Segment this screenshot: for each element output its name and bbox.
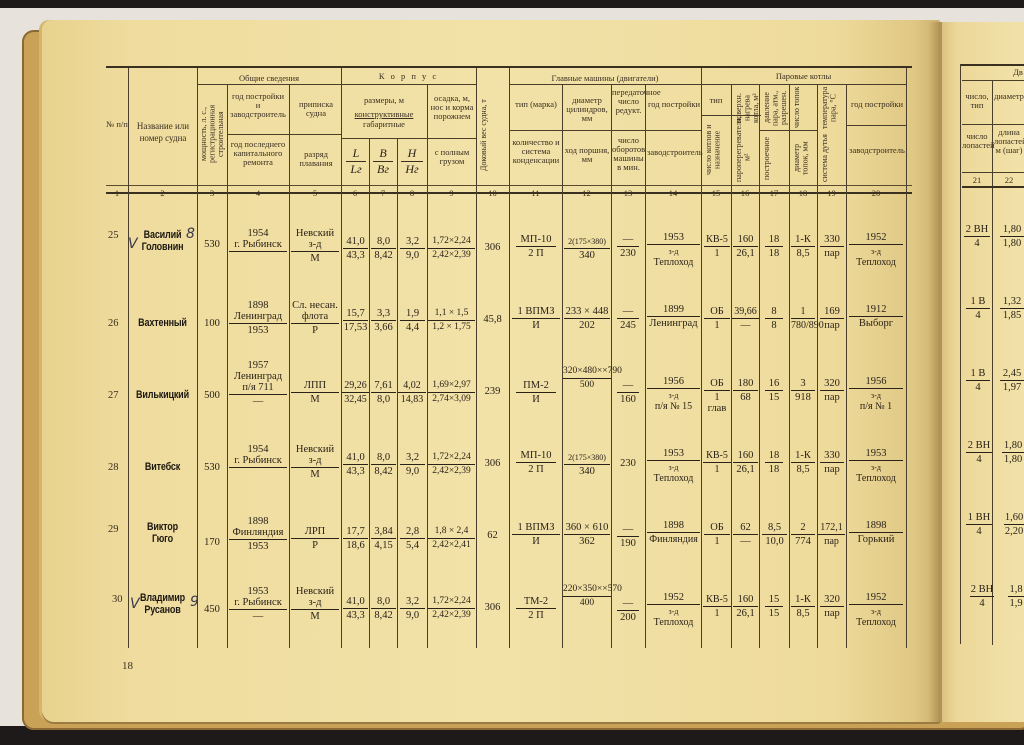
grid-line xyxy=(227,84,228,648)
col11-header-bottom: количество и система конденсации xyxy=(511,138,561,165)
col-number: 21 xyxy=(962,175,992,185)
grid-line xyxy=(369,138,370,648)
cylinder: 2(175×380)340 xyxy=(564,236,610,261)
pressure: 1615 xyxy=(765,378,783,403)
height: 3,29,0 xyxy=(400,452,425,477)
boiler-year: 1898Горький xyxy=(849,520,903,545)
propeller-type: 1 В4 xyxy=(966,296,990,321)
grid-line xyxy=(341,138,476,139)
dims-header: размеры, м xyxy=(341,96,427,105)
col-number: 20 xyxy=(846,188,906,198)
steam-temp: 330пар xyxy=(820,234,844,259)
right-grid-line xyxy=(962,172,1024,173)
rpm: 230 xyxy=(611,458,645,469)
pencil-annotation: 8 xyxy=(186,226,195,242)
row-number: 30 xyxy=(112,594,123,605)
length: 17,718,6 xyxy=(343,526,368,551)
draft: 1,72×2,242,42×2,39 xyxy=(428,596,475,621)
propeller-diameter: 1,602,20 xyxy=(1004,512,1024,537)
port-cell: ЛППМ xyxy=(291,380,339,405)
furnaces: 2774 xyxy=(791,522,815,547)
header-group-engines: Главные машины (двигатели) xyxy=(509,74,701,83)
height: 4,0214,83 xyxy=(398,380,426,405)
col-number: 18 xyxy=(789,188,817,198)
book-gutter xyxy=(928,22,942,722)
heat-surface: 16026,1 xyxy=(733,450,758,475)
furnaces: 1780/890 xyxy=(791,306,815,331)
propeller-type: 1 В4 xyxy=(966,368,990,393)
row-number: 27 xyxy=(108,390,119,401)
power: 450 xyxy=(197,604,227,615)
col-number: 3 xyxy=(197,188,227,198)
port-cell: Невскийз-дМ xyxy=(291,444,339,480)
row-number: 28 xyxy=(108,462,119,473)
grid-line xyxy=(289,84,290,648)
cylinder: 320×480××790500 xyxy=(563,366,611,391)
grid-line xyxy=(731,84,732,648)
dock-weight: 45,8 xyxy=(476,314,509,325)
col10-header: Доковый вес судна, т xyxy=(480,90,506,180)
engine-type: МП-102 П xyxy=(516,234,556,259)
boiler-type: ОБ1 xyxy=(704,306,730,331)
pressure: 1818 xyxy=(765,450,783,475)
col12-header-bottom: ход поршня, мм xyxy=(564,146,610,164)
col-number: 1 xyxy=(106,188,128,198)
col16-header-bottom: пароперегревателя, м² xyxy=(735,132,757,182)
boiler-year: 1952з-дТеплоход xyxy=(849,592,903,628)
grid-line xyxy=(197,68,198,648)
breadth: 3,844,15 xyxy=(371,526,396,551)
built-cell: 1898Финляндия1953 xyxy=(229,516,287,552)
port-cell: Невскийз-дМ xyxy=(291,586,339,622)
engine-type: ТМ-22 П xyxy=(516,596,556,621)
engine-year: 1956з-дп/я № 15 xyxy=(647,376,700,412)
row-number: 25 xyxy=(108,230,119,241)
grid-line xyxy=(906,68,907,648)
grid-line xyxy=(509,130,701,131)
col15-header-bottom: число котлов и назначение xyxy=(705,118,727,182)
right-page-group-header: Дв xyxy=(1008,68,1024,77)
right-grid-line xyxy=(960,64,961,644)
propeller-diameter: 2,451,97 xyxy=(1000,368,1024,393)
col5-header-top: приписка судна xyxy=(291,100,341,118)
height: 1,94,4 xyxy=(400,308,425,333)
furnaces: 3918 xyxy=(791,378,815,403)
pressure: 1515 xyxy=(765,594,783,619)
dock-weight: 62 xyxy=(476,530,509,541)
col-number: 7 xyxy=(369,188,397,198)
breadth: 7,618,0 xyxy=(371,380,396,405)
col15-header-top: тип xyxy=(701,96,731,105)
steam-temp: 320пар xyxy=(820,594,844,619)
col-number: 12 xyxy=(562,188,611,198)
col11-header-top: тип (марка) xyxy=(511,100,561,109)
col-number: 4 xyxy=(227,188,289,198)
rpm: —200 xyxy=(617,598,639,623)
right-grid-line xyxy=(962,186,1024,188)
col7-header: BBг xyxy=(373,146,393,177)
power: 500 xyxy=(197,390,227,401)
col9-header-top: осадка, м, нос и корма порожнем xyxy=(429,94,475,121)
col17-header-top: давление пара, атм., разрешен. xyxy=(763,86,785,130)
dims-sub-top: конструктивные xyxy=(341,110,427,119)
col17-header-bottom: построечное xyxy=(763,134,785,182)
draft: 1,69×2,972,74×3,09 xyxy=(428,380,475,405)
height: 3,29,0 xyxy=(400,596,425,621)
rpm: —160 xyxy=(617,380,639,405)
heat-surface: 16026,1 xyxy=(733,594,758,619)
header-group-boilers: Паровые котлы xyxy=(701,72,906,81)
height: 2,85,4 xyxy=(400,526,425,551)
heat-surface: 18068 xyxy=(733,378,758,403)
col2-header: Название или номер судна xyxy=(134,120,192,144)
col20-header-top: год постройки xyxy=(848,100,906,109)
grid-line xyxy=(476,68,477,648)
cylinder: 360 × 610362 xyxy=(564,522,610,547)
draft: 1,8 × 2,42,42×2,41 xyxy=(428,526,475,551)
steam-temp: 172,1пар xyxy=(818,522,845,547)
grid-line xyxy=(846,125,906,126)
built-cell: 1954г. Рыбинск xyxy=(229,228,287,264)
length: 41,043,3 xyxy=(343,236,368,261)
propeller-diameter: 1,801,80 xyxy=(1000,224,1024,249)
col1-header: № п/п xyxy=(106,120,128,129)
built-cell: 1953г. Рыбинск— xyxy=(229,586,287,622)
col8-header: HHг xyxy=(401,146,423,177)
rpm: —190 xyxy=(617,524,639,549)
col-number: 13 xyxy=(611,188,645,198)
grid-line xyxy=(341,68,342,648)
propeller-type: 2 ВН4 xyxy=(966,440,992,465)
col18-header-bottom: диаметр топок, мм xyxy=(793,134,813,182)
grid-line xyxy=(509,84,906,85)
pencil-check-mark: V xyxy=(130,596,140,612)
grid-line xyxy=(701,115,731,116)
breadth: 8,08,42 xyxy=(371,452,396,477)
dock-weight: 306 xyxy=(476,242,509,253)
col-number: 9 xyxy=(427,188,476,198)
col-number: 16 xyxy=(731,188,759,198)
dock-weight: 239 xyxy=(476,386,509,397)
dock-weight: 306 xyxy=(476,602,509,613)
boiler-year: 1952з-дТеплоход xyxy=(849,232,903,268)
col22-header-bottom: длина лопастей, м (шаг) xyxy=(994,128,1024,155)
vessel-name: Вилькицкий xyxy=(134,389,191,401)
col5-header-bottom: разряд плавания xyxy=(291,150,341,168)
breadth: 8,08,42 xyxy=(371,596,396,621)
grid-line xyxy=(128,68,129,648)
row-number: 26 xyxy=(108,318,119,329)
propeller-diameter: 1,81,9 xyxy=(1008,584,1024,609)
grid-line xyxy=(846,84,847,648)
boiler-type: ОБ1 xyxy=(704,522,730,547)
vessel-name: ВикторГюго xyxy=(134,521,191,545)
grid-line xyxy=(817,84,818,648)
draft: 1,72×2,242,42×2,39 xyxy=(428,452,475,477)
right-page-top-rule xyxy=(960,64,1024,66)
height: 3,29,0 xyxy=(400,236,425,261)
built-cell: 1898Ленинград1953 xyxy=(229,300,287,336)
grid-line xyxy=(197,84,477,85)
col14-header-bottom: заводстроитель xyxy=(647,148,701,157)
power: 170 xyxy=(197,537,227,548)
power: 100 xyxy=(197,318,227,329)
propeller-type: 2 ВН4 xyxy=(964,224,990,249)
col4-header-top: год постройки и заводстроитель xyxy=(229,92,287,119)
grid-line xyxy=(789,84,790,648)
cylinder: 233 × 448202 xyxy=(564,306,610,331)
engine-type: ПМ-2И xyxy=(516,380,556,405)
propeller-type: 1 ВН4 xyxy=(966,512,992,537)
breadth: 8,08,42 xyxy=(371,236,396,261)
col-number: 14 xyxy=(645,188,701,198)
grid-line xyxy=(645,84,646,648)
breadth: 3,33,66 xyxy=(371,308,396,333)
length: 41,043,3 xyxy=(343,452,368,477)
row-number: 29 xyxy=(108,524,119,535)
draft: 1,1 × 1,51,2 × 1,75 xyxy=(428,308,475,333)
propeller-diameter: 1,801,80 xyxy=(1002,440,1024,465)
header-group-general: Общие сведения xyxy=(197,74,341,83)
col-number: 19 xyxy=(817,188,846,198)
vessel-name: ВасилийГоловнин xyxy=(134,229,191,253)
rpm: —245 xyxy=(617,306,639,331)
col19-header-top: температура пара, °C xyxy=(821,86,843,130)
vessel-name: Витебск xyxy=(134,461,191,473)
right-grid-line xyxy=(992,80,993,645)
col-number: 15 xyxy=(701,188,731,198)
engine-year: 1953з-дТеплоход xyxy=(647,448,700,484)
engine-type: 1 ВПМЗИ xyxy=(512,306,560,331)
heat-surface: 62— xyxy=(733,522,758,547)
col-number: 10 xyxy=(476,188,509,198)
furnaces: 1-К8,5 xyxy=(791,234,815,259)
dims-sub-bottom: габаритные xyxy=(341,120,427,129)
header-group-hull: К о р п у с xyxy=(341,72,476,81)
pencil-check-mark: V xyxy=(128,236,138,252)
engine-year: 1953з-дТеплоход xyxy=(647,232,700,268)
col-number: 5 xyxy=(289,188,341,198)
propeller-diameter: 1,321,85 xyxy=(1000,296,1024,321)
col14-header-top: год постройки xyxy=(647,100,701,109)
boiler-year: 1956з-дп/я № 1 xyxy=(849,376,903,412)
propeller-type: 2 ВН4 xyxy=(970,584,994,609)
steam-temp: 169пар xyxy=(820,306,844,331)
col19-header-bottom: система дутья xyxy=(821,134,843,182)
dock-weight: 306 xyxy=(476,458,509,469)
vessel-name: Вахтенный xyxy=(134,317,191,329)
right-grid-line xyxy=(962,80,1024,81)
col-number: 22 xyxy=(994,175,1024,185)
col-number: 17 xyxy=(759,188,789,198)
pressure: 8,510,0 xyxy=(762,522,787,547)
boiler-type: КВ-51 xyxy=(703,594,731,619)
boiler-year: 1953з-дТеплоход xyxy=(849,448,903,484)
boiler-year: 1912Выборг xyxy=(849,304,903,329)
page-number: 18 xyxy=(122,660,133,672)
engine-type: 1 ВПМЗИ xyxy=(512,522,560,547)
col18-header-top: число топок xyxy=(793,86,813,128)
built-cell: 1957Ленинград п/я 711— xyxy=(229,360,287,407)
col-number: 8 xyxy=(397,188,427,198)
engine-type: МП-102 П xyxy=(516,450,556,475)
col22-header-top: диаметр xyxy=(994,92,1024,101)
col13-header-bottom: число оборотов машины в мин. xyxy=(612,136,645,172)
col6-header: LLг xyxy=(346,146,366,177)
steam-temp: 320пар xyxy=(820,378,844,403)
power: 530 xyxy=(197,239,227,250)
grid-line xyxy=(759,84,760,648)
pressure: 1818 xyxy=(765,234,783,259)
boiler-type: КВ-51 xyxy=(703,450,731,475)
right-grid-line xyxy=(962,124,1024,125)
cylinder: 220×350××570400 xyxy=(563,584,611,609)
grid-line xyxy=(509,68,510,648)
col21-header-bottom: число лопастей xyxy=(962,132,992,150)
heat-surface: 16026,1 xyxy=(733,234,758,259)
engine-year: 1899Ленинград xyxy=(647,304,700,329)
col-number: 2 xyxy=(128,188,197,198)
length: 41,043,3 xyxy=(343,596,368,621)
rpm: —230 xyxy=(617,234,639,259)
port-cell: ЛРПР xyxy=(291,526,339,551)
col-number: 11 xyxy=(509,188,562,198)
pencil-annotation: 9 xyxy=(190,594,199,610)
col-number: 6 xyxy=(341,188,369,198)
draft: 1,72×2,242,42×2,39 xyxy=(428,236,475,261)
port-cell: Невскийз-дМ xyxy=(291,228,339,264)
col3-header: мощность, л. с., регистрационная строите… xyxy=(200,88,226,180)
steam-temp: 330пар xyxy=(820,450,844,475)
col20-header-bottom: заводстроитель xyxy=(848,146,906,155)
pressure: 88 xyxy=(765,306,783,331)
heat-surface: 39,66— xyxy=(732,306,759,331)
grid-line xyxy=(427,84,428,648)
cylinder: 2(175×380)340 xyxy=(564,452,610,477)
engine-year: 1898Финляндия xyxy=(647,520,700,545)
built-cell: 1954г. Рыбинск xyxy=(229,444,287,480)
vessel-name: ВладимирРусанов xyxy=(134,592,191,616)
col13-header-top: передаточное число редукт. xyxy=(612,88,645,115)
furnaces: 1-К8,5 xyxy=(791,450,815,475)
port-cell: Сл. несан.флотаР xyxy=(291,300,339,336)
length: 29,2632,45 xyxy=(342,380,369,405)
grid-line xyxy=(759,130,817,131)
length: 15,717,53 xyxy=(343,308,368,333)
power: 530 xyxy=(197,462,227,473)
boiler-type: ОБ1 глав xyxy=(704,378,730,414)
grid-line xyxy=(227,134,341,135)
furnaces: 1-К8,5 xyxy=(791,594,815,619)
col9-header-bottom: с полным грузом xyxy=(429,148,475,166)
engine-year: 1952з-дТеплоход xyxy=(647,592,700,628)
col21-header-top: число, тип xyxy=(962,92,992,110)
col4-header-bottom: год последнего капитального ремонта xyxy=(229,140,287,167)
boiler-type: КВ-51 xyxy=(704,234,730,259)
col12-header-top: диаметр цилиндров, мм xyxy=(564,96,610,123)
